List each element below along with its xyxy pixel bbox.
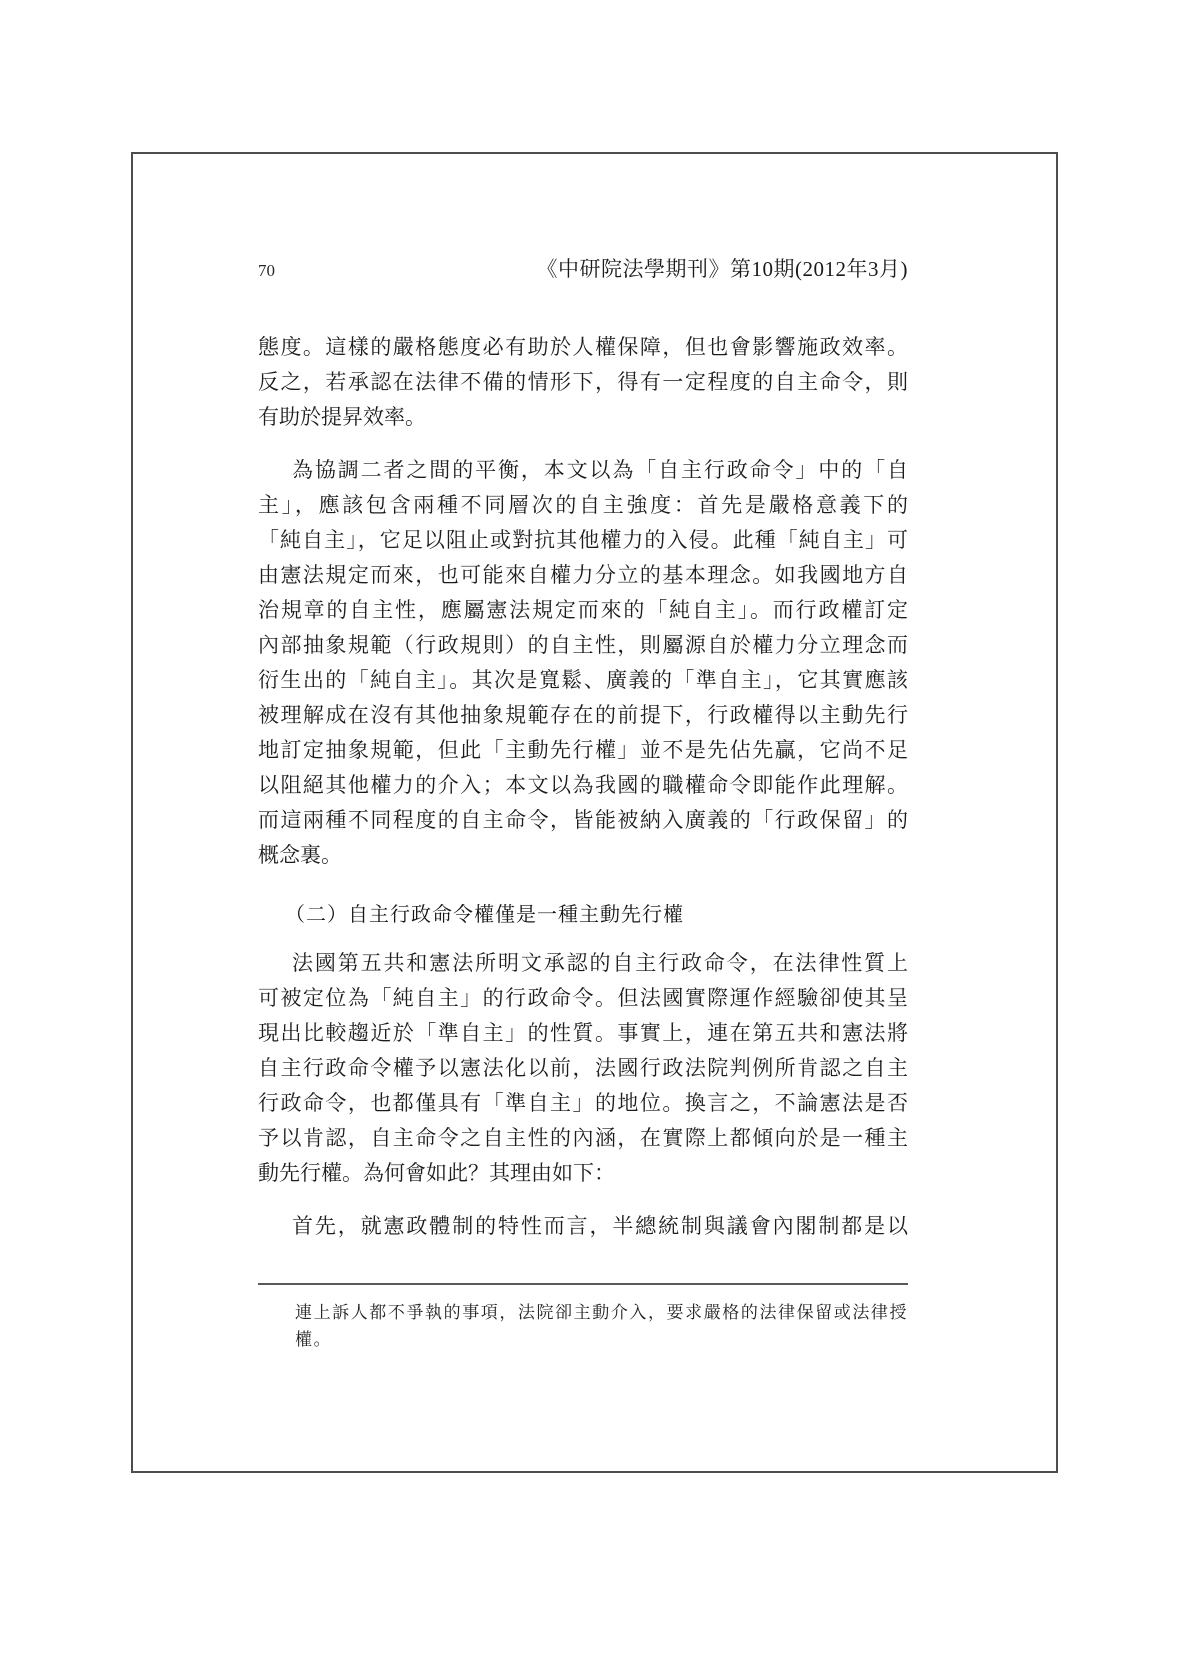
text-line: 「純自主」，它足以阻止或對抗其他權力的入侵。此種「純自主」可 [258,523,908,558]
text-line: 主」，應該包含兩種不同層次的自主強度：首先是嚴格意義下的 [258,488,908,523]
text-line: 而這兩種不同程度的自主命令，皆能被納入廣義的「行政保留」的 [258,803,908,838]
text-line: 反之，若承認在法律不備的情形下，得有一定程度的自主命令，則 [258,365,908,400]
text-line: 由憲法規定而來，也可能來自權力分立的基本理念。如我國地方自 [258,558,908,593]
text-line: 概念裏。 [258,838,908,873]
text-line: 予以肯認，自主命令之自主性的內涵，在實際上都傾向於是一種主 [258,1121,908,1156]
text-line: 動先行權。為何會如此？其理由如下： [258,1156,908,1191]
text-line: 法國第五共和憲法所明文承認的自主行政命令，在法律性質上 [258,946,908,981]
paragraph: 為協調二者之間的平衡，本文以為「自主行政命令」中的「自主」，應該包含兩種不同層次… [258,453,908,873]
footnote-area: 連上訴人都不爭執的事項，法院卻主動介入，要求嚴格的法律保留或法律授權。 [258,1283,908,1353]
text-line: 可被定位為「純自主」的行政命令。但法國實際運作經驗卻使其呈 [258,981,908,1016]
text-line: 行政命令，也都僅具有「準自主」的地位。換言之，不論憲法是否 [258,1086,908,1121]
footnote-line: 連上訴人都不爭執的事項，法院卻主動介入，要求嚴格的法律保留或法律授 [295,1299,908,1326]
text-line: 有助於提昇效率。 [258,400,908,435]
text-line: 以阻絕其他權力的介入；本文以為我國的職權命令即能作此理解。 [258,768,908,803]
text-line: 為協調二者之間的平衡，本文以為「自主行政命令」中的「自 [258,453,908,488]
text-line: 衍生出的「純自主」。其次是寬鬆、廣義的「準自主」，它其實應該 [258,663,908,698]
text-line: （二）自主行政命令權僅是一種主動先行權 [258,898,908,933]
journal-header-title: 《中研院法學期刊》第10期(2012年3月) [537,253,909,283]
text-line: 治規章的自主性，應屬憲法規定而來的「純自主」。而行政權訂定 [258,593,908,628]
document-page: 70 《中研院法學期刊》第10期(2012年3月) 態度。這樣的嚴格態度必有助於… [0,0,1177,1664]
paragraph: 態度。這樣的嚴格態度必有助於人權保障，但也會影響施政效率。反之，若承認在法律不備… [258,330,908,435]
text-line: 自主行政命令權予以憲法化以前，法國行政法院判例所肯認之自主 [258,1051,908,1086]
text-line: 內部抽象規範（行政規則）的自主性，則屬源自於權力分立理念而 [258,628,908,663]
text-line: 被理解成在沒有其他抽象規範存在的前提下，行政權得以主動先行 [258,698,908,733]
page-number: 70 [258,261,275,281]
text-line: 現出比較趨近於「準自主」的性質。事實上，連在第五共和憲法將 [258,1016,908,1051]
footnote-line: 權。 [295,1326,908,1353]
text-line: 首先，就憲政體制的特性而言，半總統制與議會內閣制都是以 [258,1209,908,1244]
running-header: 70 《中研院法學期刊》第10期(2012年3月) [258,253,908,283]
paragraph: 首先，就憲政體制的特性而言，半總統制與議會內閣制都是以 [258,1209,908,1244]
footnote-text: 連上訴人都不爭執的事項，法院卻主動介入，要求嚴格的法律保留或法律授權。 [258,1299,908,1353]
text-line: 態度。這樣的嚴格態度必有助於人權保障，但也會影響施政效率。 [258,330,908,365]
body-text: 態度。這樣的嚴格態度必有助於人權保障，但也會影響施政效率。反之，若承認在法律不備… [258,330,908,1244]
text-line: 地訂定抽象規範，但此「主動先行權」並不是先佔先贏，它尚不足 [258,733,908,768]
paragraph: 法國第五共和憲法所明文承認的自主行政命令，在法律性質上可被定位為「純自主」的行政… [258,946,908,1191]
section-heading: （二）自主行政命令權僅是一種主動先行權 [258,898,908,933]
